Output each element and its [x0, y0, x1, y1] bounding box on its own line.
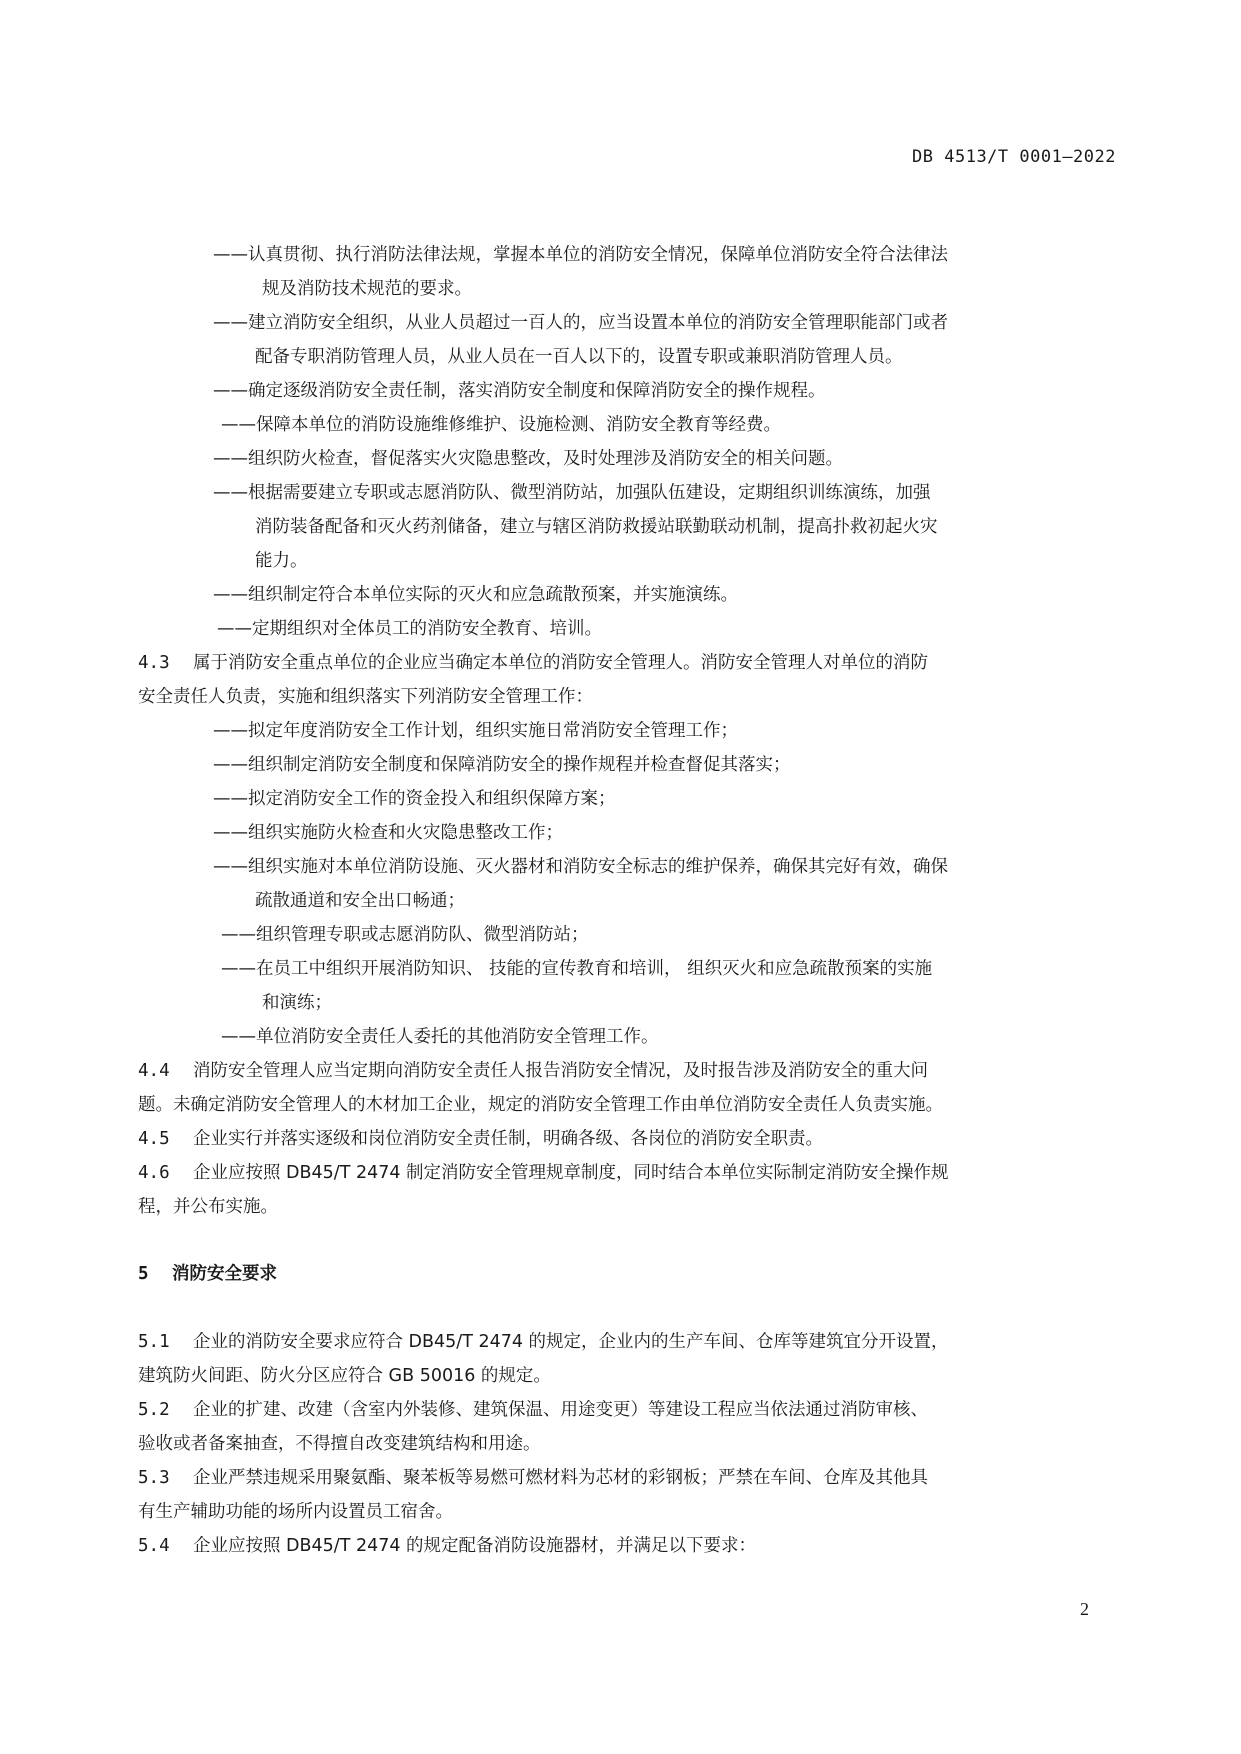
clause-paragraph: 4.5企业实行并落实逐级和岗位消防安全责任制，明确各级、各岗位的消防安全职责。	[138, 1127, 823, 1151]
text-line: ——拟定消防安全工作的资金投入和组织保障方案；	[213, 787, 616, 811]
line-text: 验收或者备案抽查，不得擅自改变建筑结构和用途。	[138, 1434, 541, 1454]
line-text: 安全责任人负责，实施和组织落实下列消防安全管理工作：	[138, 687, 593, 707]
text-line: ——确定逐级消防安全责任制，落实消防安全制度和保障消防安全的操作规程。	[213, 379, 826, 403]
text-line: 规及消防技术规范的要求。	[262, 277, 472, 301]
clause-number: 5.3	[138, 1466, 193, 1490]
line-text: 企业应按照 DB45/T 2474 的规定配备消防设施器材，并满足以下要求：	[193, 1536, 756, 1556]
line-text: ——根据需要建立专职或志愿消防队、微型消防站，加强队伍建设，定期组织训练演练，加…	[213, 483, 931, 503]
line-text: 企业应按照 DB45/T 2474 制定消防安全管理规章制度，同时结合本单位实际…	[193, 1163, 949, 1183]
line-text: ——组织制定消防安全制度和保障消防安全的操作规程并检查督促其落实；	[213, 755, 791, 775]
text-line: 和演练；	[262, 991, 332, 1015]
line-text: 消防安全要求	[172, 1264, 277, 1284]
line-text: 企业的消防安全要求应符合 DB45/T 2474 的规定，企业内的生产车间、仓库…	[193, 1332, 949, 1352]
clause-number: 4.6	[138, 1161, 193, 1185]
line-text: ——组织制定符合本单位实际的灭火和应急疏散预案，并实施演练。	[213, 585, 738, 605]
clause-number: 5.4	[138, 1534, 193, 1558]
line-text: 程，并公布实施。	[138, 1197, 278, 1217]
text-line: ——组织管理专职或志愿消防队、微型消防站；	[221, 923, 589, 947]
line-text: 建筑防火间距、防火分区应符合 GB 50016 的规定。	[138, 1366, 551, 1386]
clause-paragraph: 5.1企业的消防安全要求应符合 DB45/T 2474 的规定，企业内的生产车间…	[138, 1330, 949, 1354]
line-text: ——认真贯彻、执行消防法律法规，掌握本单位的消防安全情况，保障单位消防安全符合法…	[213, 245, 948, 265]
line-text: 企业严禁违规采用聚氨酯、聚苯板等易燃可燃材料为芯材的彩钢板；严禁在车间、仓库及其…	[193, 1468, 928, 1488]
line-text: 企业实行并落实逐级和岗位消防安全责任制，明确各级、各岗位的消防安全职责。	[193, 1129, 823, 1149]
clause-paragraph: 5.4企业应按照 DB45/T 2474 的规定配备消防设施器材，并满足以下要求…	[138, 1534, 756, 1558]
line-text: 题。未确定消防安全管理人的木材加工企业，规定的消防安全管理工作由单位消防安全责任…	[138, 1095, 943, 1115]
line-text: 属于消防安全重点单位的企业应当确定本单位的消防安全管理人。消防安全管理人对单位的…	[193, 653, 928, 673]
clause-paragraph: 4.4消防安全管理人应当定期向消防安全责任人报告消防安全情况，及时报告涉及消防安…	[138, 1059, 928, 1083]
clause-number: 4.4	[138, 1059, 193, 1083]
line-text: ——组织实施防火检查和火灾隐患整改工作；	[213, 823, 563, 843]
line-text: 能力。	[255, 551, 308, 571]
text-line: 安全责任人负责，实施和组织落实下列消防安全管理工作：	[138, 685, 593, 709]
line-text: ——定期组织对全体员工的消防安全教育、培训。	[217, 619, 602, 639]
text-line: ——单位消防安全责任人委托的其他消防安全管理工作。	[221, 1025, 659, 1049]
clause-paragraph: 4.6企业应按照 DB45/T 2474 制定消防安全管理规章制度，同时结合本单…	[138, 1161, 949, 1185]
text-line: ——建立消防安全组织，从业人员超过一百人的，应当设置本单位的消防安全管理职能部门…	[213, 311, 948, 335]
line-text: ——组织管理专职或志愿消防队、微型消防站；	[221, 925, 589, 945]
text-line: 消防装备配备和灭火药剂储备，建立与辖区消防救援站联勤联动机制，提高扑救初起火灾	[255, 515, 938, 539]
text-line: 题。未确定消防安全管理人的木材加工企业，规定的消防安全管理工作由单位消防安全责任…	[138, 1093, 943, 1117]
text-line: 疏散通道和安全出口畅通；	[255, 889, 465, 913]
text-line: ——拟定年度消防安全工作计划，组织实施日常消防安全管理工作；	[213, 719, 738, 743]
text-line: ——组织防火检查，督促落实火灾隐患整改，及时处理涉及消防安全的相关问题。	[213, 447, 843, 471]
text-line: ——认真贯彻、执行消防法律法规，掌握本单位的消防安全情况，保障单位消防安全符合法…	[213, 243, 948, 267]
clause-number: 5	[138, 1262, 172, 1286]
line-text: 疏散通道和安全出口畅通；	[255, 891, 465, 911]
line-text: 和演练；	[262, 993, 332, 1013]
section-heading: 5消防安全要求	[138, 1262, 277, 1286]
line-text: ——确定逐级消防安全责任制，落实消防安全制度和保障消防安全的操作规程。	[213, 381, 826, 401]
text-line: 能力。	[255, 549, 308, 573]
text-line: ——组织制定符合本单位实际的灭火和应急疏散预案，并实施演练。	[213, 583, 738, 607]
line-text: ——在员工中组织开展消防知识、 技能的宣传教育和培训， 组织灭火和应急疏散预案的…	[221, 959, 932, 979]
text-line: ——组织实施对本单位消防设施、灭火器材和消防安全标志的维护保养，确保其完好有效，…	[213, 855, 948, 879]
line-text: ——拟定消防安全工作的资金投入和组织保障方案；	[213, 789, 616, 809]
line-text: ——组织防火检查，督促落实火灾隐患整改，及时处理涉及消防安全的相关问题。	[213, 449, 843, 469]
line-text: ——组织实施对本单位消防设施、灭火器材和消防安全标志的维护保养，确保其完好有效，…	[213, 857, 948, 877]
clause-number: 5.2	[138, 1398, 193, 1422]
clause-paragraph: 5.2企业的扩建、改建（含室内外装修、建筑保温、用途变更）等建设工程应当依法通过…	[138, 1398, 928, 1422]
text-line: ——保障本单位的消防设施维修维护、设施检测、消防安全教育等经费。	[221, 413, 781, 437]
clause-paragraph: 4.3属于消防安全重点单位的企业应当确定本单位的消防安全管理人。消防安全管理人对…	[138, 651, 928, 675]
page-number: 2	[1080, 1599, 1089, 1620]
clause-paragraph: 5.3企业严禁违规采用聚氨酯、聚苯板等易燃可燃材料为芯材的彩钢板；严禁在车间、仓…	[138, 1466, 928, 1490]
line-text: ——单位消防安全责任人委托的其他消防安全管理工作。	[221, 1027, 659, 1047]
clause-number: 4.5	[138, 1127, 193, 1151]
document-code-header: DB 4513/T 0001—2022	[912, 147, 1116, 167]
line-text: 配备专职消防管理人员，从业人员在一百人以下的，设置专职或兼职消防管理人员。	[255, 347, 903, 367]
text-line: ——定期组织对全体员工的消防安全教育、培训。	[217, 617, 602, 641]
clause-number: 4.3	[138, 651, 193, 675]
text-line: ——组织实施防火检查和火灾隐患整改工作；	[213, 821, 563, 845]
text-line: 程，并公布实施。	[138, 1195, 278, 1219]
line-text: 消防装备配备和灭火药剂储备，建立与辖区消防救援站联勤联动机制，提高扑救初起火灾	[255, 517, 938, 537]
text-line: 有生产辅助功能的场所内设置员工宿舍。	[138, 1500, 453, 1524]
line-text: ——保障本单位的消防设施维修维护、设施检测、消防安全教育等经费。	[221, 415, 781, 435]
text-line: ——组织制定消防安全制度和保障消防安全的操作规程并检查督促其落实；	[213, 753, 791, 777]
line-text: 有生产辅助功能的场所内设置员工宿舍。	[138, 1502, 453, 1522]
text-line: ——根据需要建立专职或志愿消防队、微型消防站，加强队伍建设，定期组织训练演练，加…	[213, 481, 931, 505]
text-line: ——在员工中组织开展消防知识、 技能的宣传教育和培训， 组织灭火和应急疏散预案的…	[221, 957, 932, 981]
text-line: 配备专职消防管理人员，从业人员在一百人以下的，设置专职或兼职消防管理人员。	[255, 345, 903, 369]
line-text: 规及消防技术规范的要求。	[262, 279, 472, 299]
clause-number: 5.1	[138, 1330, 193, 1354]
text-line: 建筑防火间距、防火分区应符合 GB 50016 的规定。	[138, 1364, 551, 1388]
line-text: ——建立消防安全组织，从业人员超过一百人的，应当设置本单位的消防安全管理职能部门…	[213, 313, 948, 333]
line-text: ——拟定年度消防安全工作计划，组织实施日常消防安全管理工作；	[213, 721, 738, 741]
line-text: 企业的扩建、改建（含室内外装修、建筑保温、用途变更）等建设工程应当依法通过消防审…	[193, 1400, 928, 1420]
line-text: 消防安全管理人应当定期向消防安全责任人报告消防安全情况，及时报告涉及消防安全的重…	[193, 1061, 928, 1081]
text-line: 验收或者备案抽查，不得擅自改变建筑结构和用途。	[138, 1432, 541, 1456]
